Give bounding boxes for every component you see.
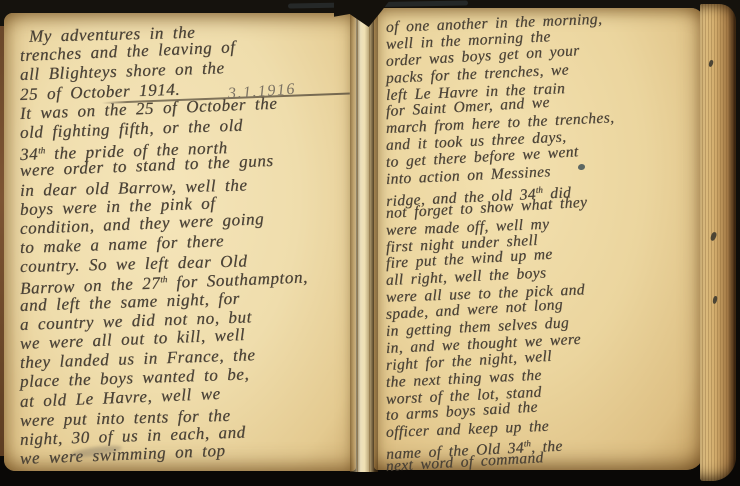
- ink-mark: [708, 60, 714, 68]
- ink-mark: [712, 296, 717, 305]
- left-page-text: My adventures in thetrenches and the lea…: [20, 27, 350, 468]
- page-gutter: [350, 10, 378, 472]
- right-page: of one another in the morning,well in th…: [374, 8, 704, 470]
- notebook-scan: My adventures in thetrenches and the lea…: [0, 0, 740, 486]
- page-edge-stack: [700, 4, 736, 481]
- left-page: My adventures in thetrenches and the lea…: [4, 13, 356, 471]
- right-page-text: of one another in the morning,well in th…: [386, 20, 702, 476]
- ink-blot: [578, 164, 585, 170]
- ink-mark: [710, 231, 718, 241]
